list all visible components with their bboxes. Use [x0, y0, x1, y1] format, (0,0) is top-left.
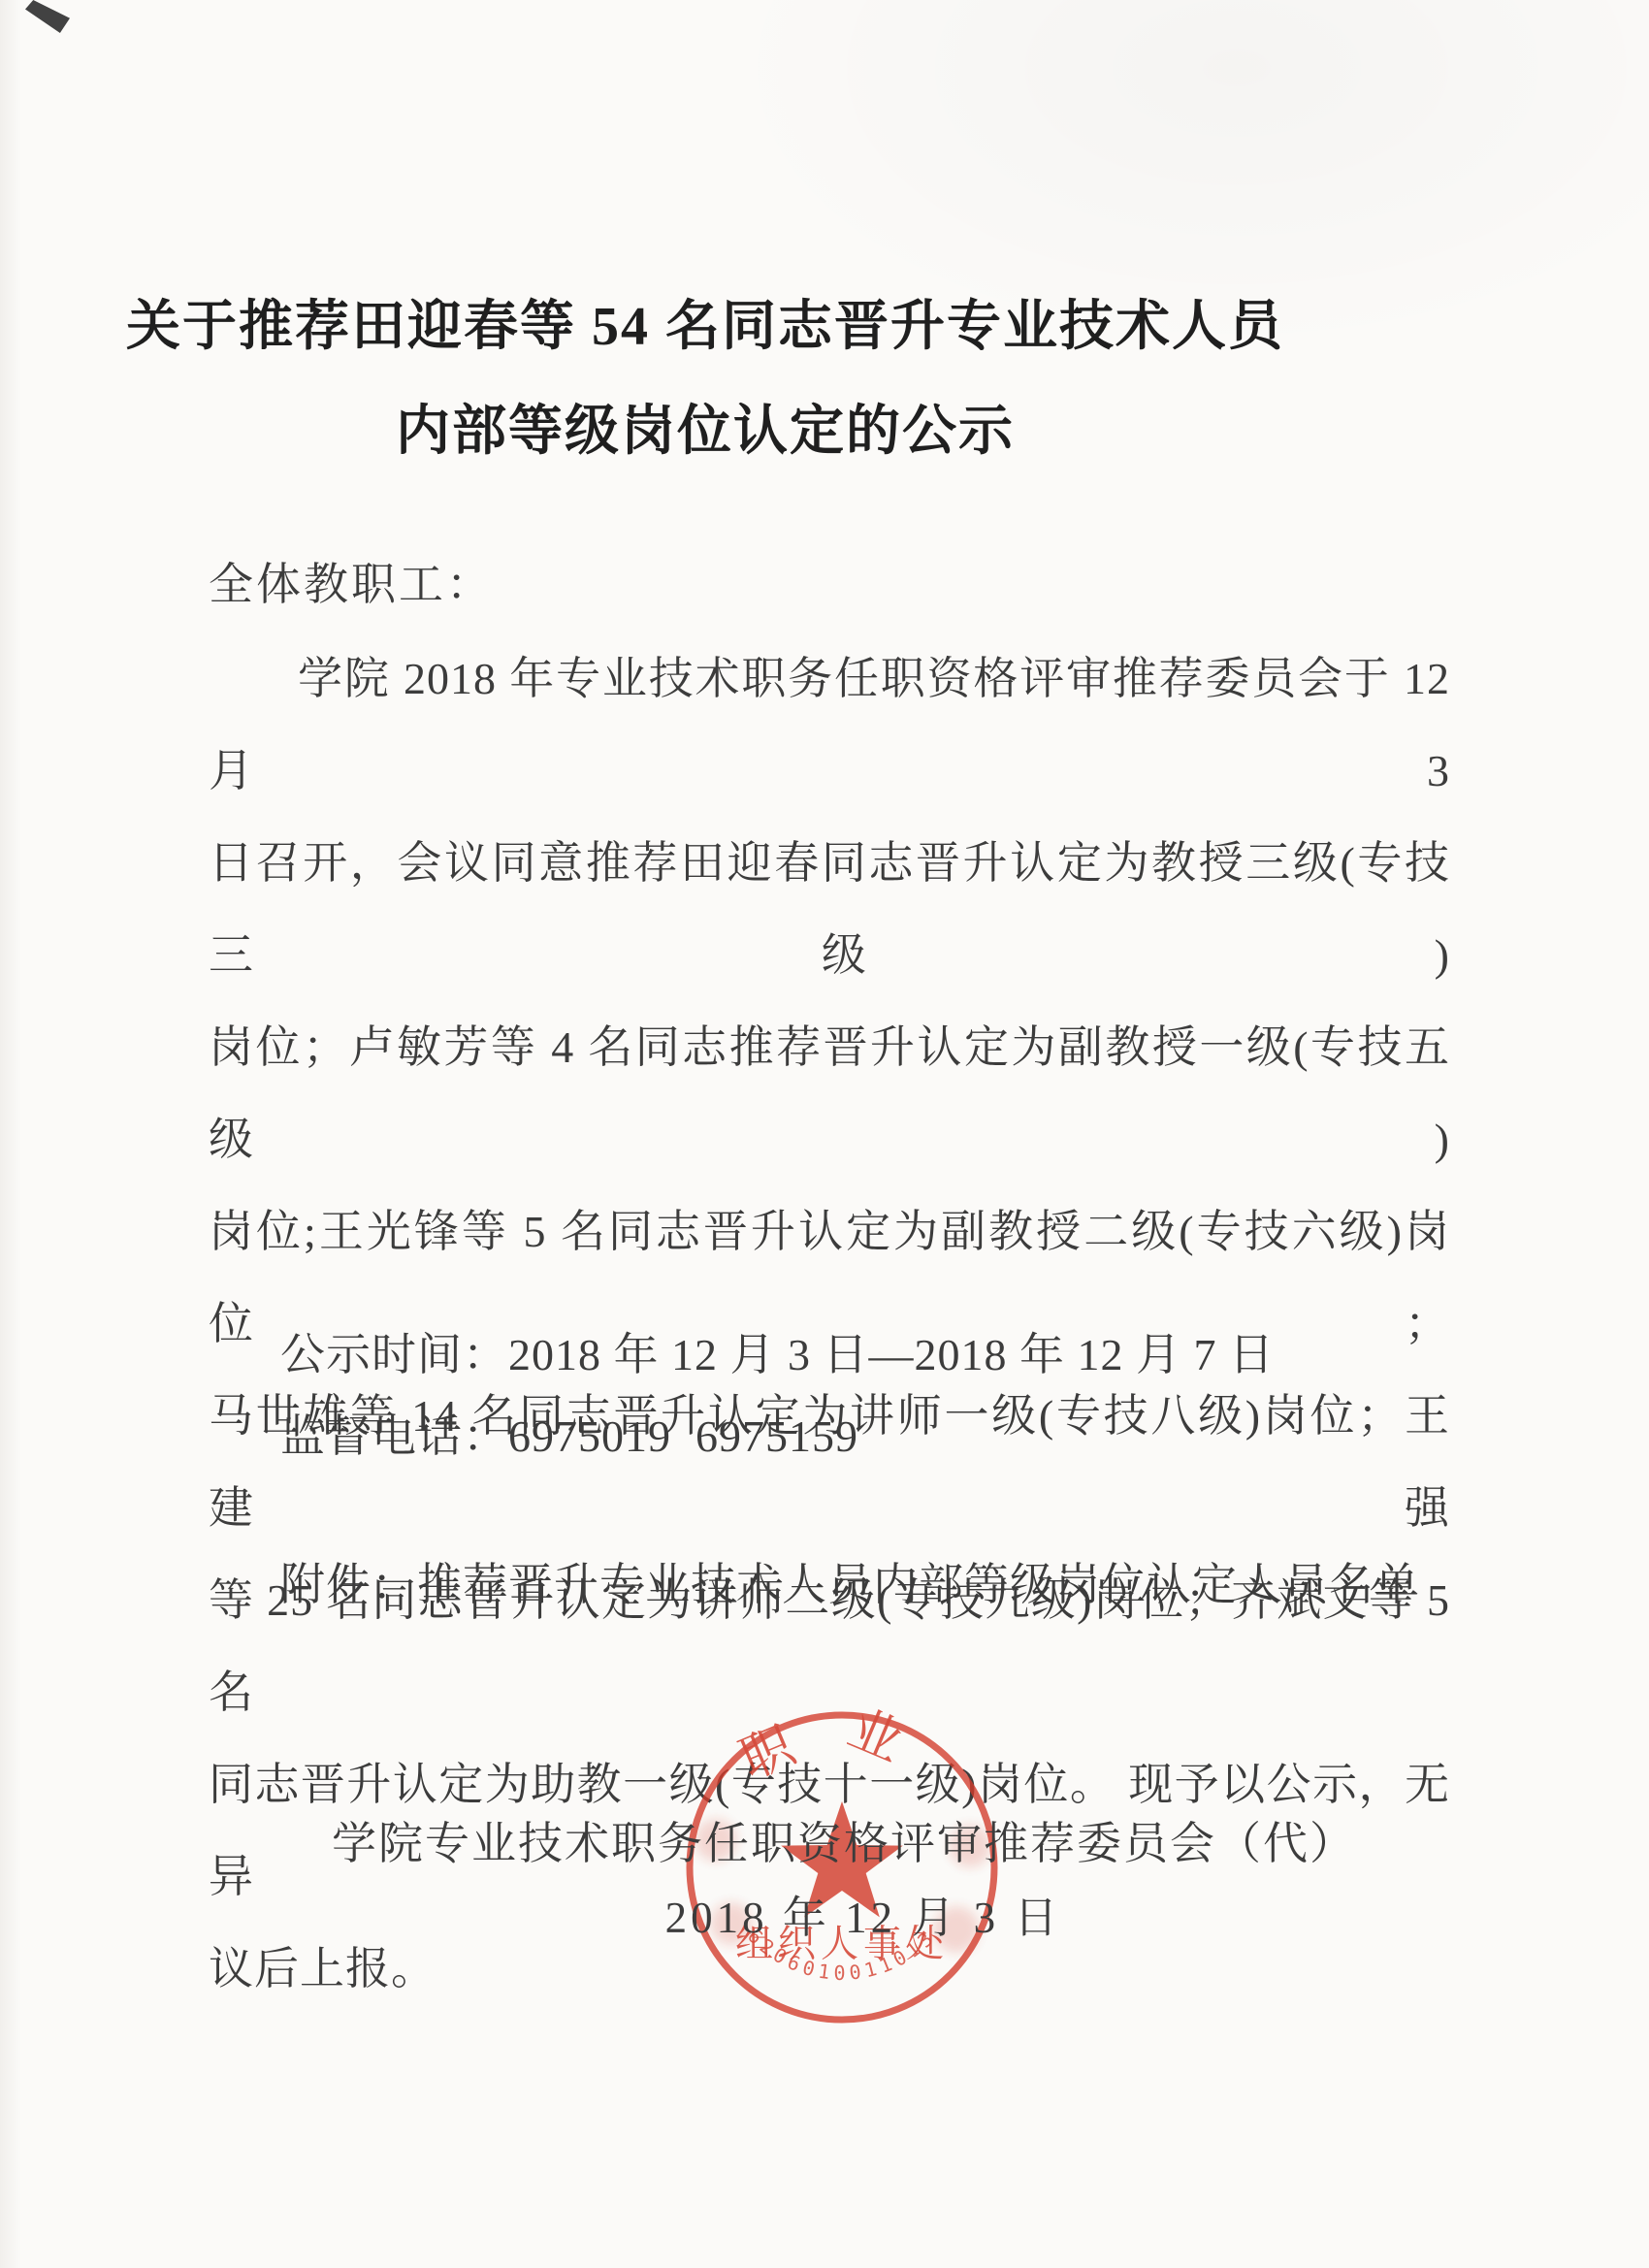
title-line-1: 关于推荐田迎春等 54 名同志晋升专业技术人员 — [0, 275, 1410, 379]
scanned-document-page: 关于推荐田迎春等 54 名同志晋升专业技术人员 内部等级岗位认定的公示 全体教职… — [0, 0, 1649, 2268]
signature-committee: 学院专业技术职务任职资格评审推荐委员会（代） — [209, 1808, 1450, 1872]
publicity-period: 公示时间：2018 年 12 月 3 日—2018 年 12 月 7 日 — [209, 1319, 1450, 1383]
supervision-phone: 监督电话：6975019 6975159 — [209, 1401, 1450, 1465]
signature-date: 2018 年 12 月 3 日 — [209, 1882, 1450, 1945]
body-line: 日召开，会议同意推荐田迎春同志晋升认定为教授三级(专技三级) — [209, 817, 1450, 1001]
body-line: 学院 2018 年专业技术职务任职资格评审推荐委员会于 12 月 3 — [209, 632, 1450, 817]
attachment-note: 附件：推荐晋升专业技术人员内部等级岗位认定人员名单 — [209, 1549, 1450, 1613]
scan-artifact-corner-mark — [25, 0, 70, 33]
document-title: 关于推荐田迎春等 54 名同志晋升专业技术人员 内部等级岗位认定的公示 — [0, 275, 1410, 484]
body-line: 岗位；卢敏芳等 4 名同志推荐晋升认定为副教授一级(专技五级) — [209, 1001, 1450, 1185]
title-line-2: 内部等级岗位认定的公示 — [0, 379, 1410, 484]
salutation: 全体教职工： — [209, 549, 494, 613]
